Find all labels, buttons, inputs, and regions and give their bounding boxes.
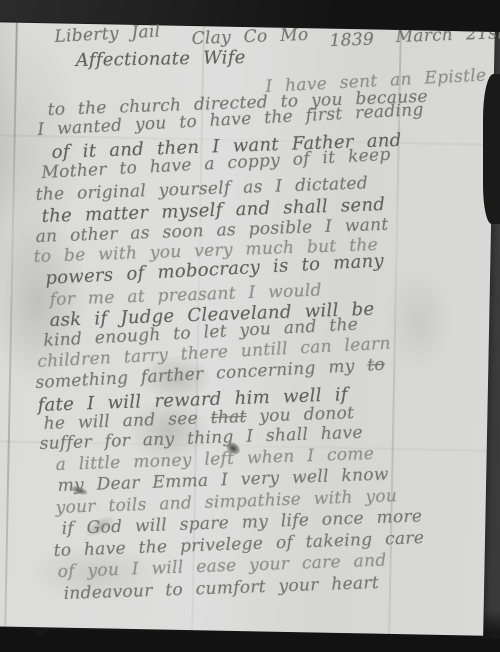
dateline-day: March 21st <box>395 23 500 47</box>
dateline-year: 1839 <box>329 29 374 51</box>
letter-text: Liberty Jail Clay Co Mo 1839 March 21st … <box>0 0 500 652</box>
letter-photo: Liberty Jail Clay Co Mo 1839 March 21st … <box>0 0 500 652</box>
struck-word: to <box>367 355 386 376</box>
dateline-county: Clay Co Mo <box>191 25 309 49</box>
dark-notch-right <box>483 74 500 224</box>
salutation: Affectionate Wife <box>76 47 246 71</box>
struck-word: that <box>210 407 247 428</box>
dateline-place: Liberty Jail <box>54 21 161 47</box>
